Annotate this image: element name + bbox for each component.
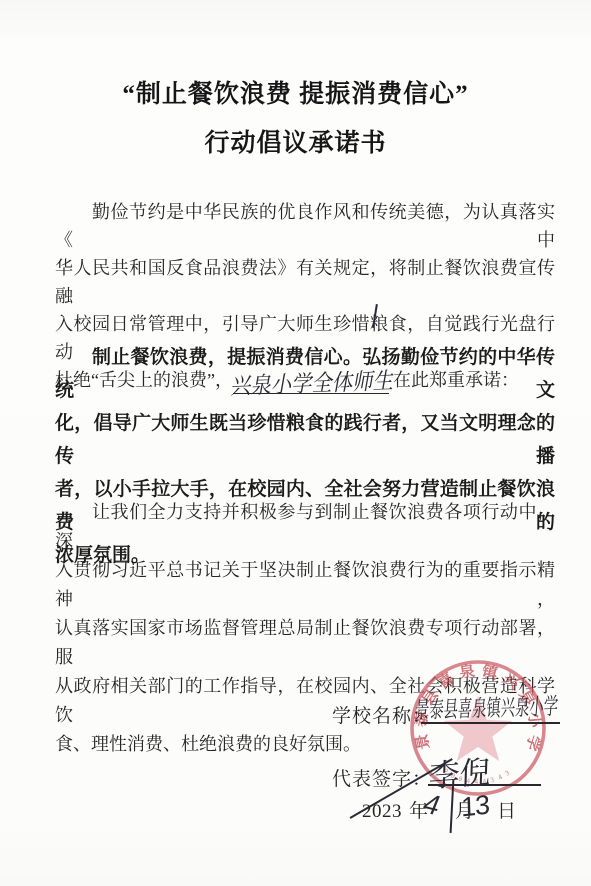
date-day-unit: 日 (497, 796, 517, 823)
paragraph-line: 入贯彻习近平总书记关于坚决制止餐饮浪费行为的重要指示精神， (55, 556, 555, 614)
paragraph-line: 让我们全力支持并积极参与到制止餐饮浪费各项行动中，深 (55, 498, 555, 556)
scanned-pledge-document: “制止餐饮浪费 提振消费信心” 行动倡议承诺书 勤俭节约是中华民族的优良作风和传… (0, 0, 591, 886)
paragraph-line: 勤俭节约是中华民族的优良作风和传统美德，为认真落实《中 (55, 198, 555, 254)
paragraph-line: 华人民共和国反食品浪费法》有关规定，将制止餐饮浪费宣传融 (55, 254, 555, 310)
handwritten-day: 13 (461, 790, 490, 824)
date-year: 2023 (362, 801, 402, 823)
paragraph-line: 化，倡导广大师生既当珍惜粮食的践行者，又当文明理念的传播 (55, 407, 555, 473)
document-title-line2: 行动倡议承诺书 (0, 123, 591, 159)
handwritten-signature: 李倪 (428, 746, 491, 796)
document-title-line1: “制止餐饮浪费 提振消费信心” (0, 74, 591, 110)
paragraph-line: 制止餐饮浪费，提振消费信心。弘扬勤俭节约的中华传统文 (55, 341, 555, 407)
handwritten-school-name: 景泰县喜泉镇兴泉小学 (414, 688, 559, 725)
